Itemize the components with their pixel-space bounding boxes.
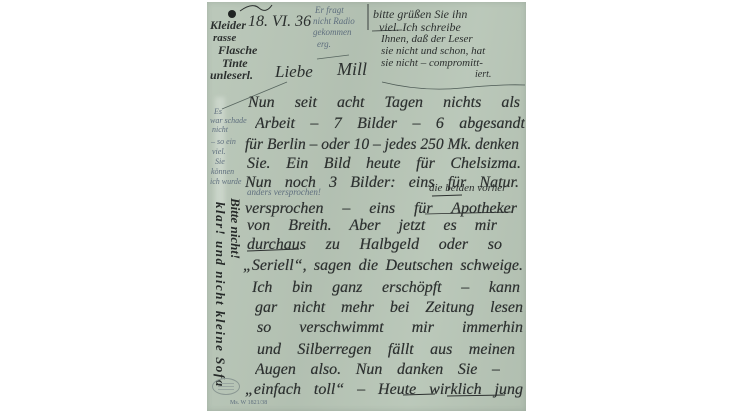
postscript-line: iert.	[475, 70, 491, 80]
body-line: und Silberregen fällt aus meinen	[257, 340, 515, 360]
margin-note-line: – so ein	[211, 138, 236, 146]
body-line: Arbeit – 7 Bilder – 6 abgesandt	[255, 114, 525, 134]
body-line: für Berlin – oder 10 – jedes 250 Mk. den…	[245, 135, 519, 155]
interlinear-note: anders versprochen!	[247, 188, 321, 197]
top-note-line: erg.	[317, 40, 331, 49]
salutation-name: Mill	[337, 60, 367, 78]
postscript-line: viel. Ich schreibe	[379, 21, 461, 33]
margin-vertical-note: klar! und nicht kleine Sofa	[214, 202, 227, 388]
postscript-line: sie nicht – compromitt-	[381, 58, 483, 69]
body-line: Ich bin ganz erschöpft – kann	[252, 278, 520, 298]
top-note-line: Er fragt	[315, 6, 344, 15]
letter-page: Kleider rasse Flasche Tinte unleserl. 18…	[207, 2, 526, 411]
body-line: so verschwimmt mir immerhin	[257, 318, 523, 338]
corner-list-item: Flasche	[218, 44, 257, 56]
body-line: von Breith. Aber jetzt es mir	[247, 216, 497, 236]
margin-note-line: können	[211, 168, 234, 176]
margin-note-line: nicht	[212, 126, 228, 134]
body-line: Nun seit acht Tagen nichts als	[248, 93, 520, 113]
top-note-line: gekommen	[313, 28, 351, 37]
margin-note-line: war schade	[210, 117, 247, 125]
corner-list-item: Kleider	[210, 19, 246, 31]
body-line: „einfach toll“ – Heute wirklich jung	[245, 380, 523, 400]
body-line: durchaus zu Halbgeld oder so	[247, 235, 502, 255]
body-line: „Seriell“, sagen die Deutschen schweige.	[243, 256, 523, 276]
margin-note-line: Sie	[215, 158, 225, 166]
postscript-line: bitte grüßen Sie ihn	[373, 8, 467, 20]
margin-note-line: viel.	[212, 148, 226, 156]
corner-list-item: unleserl.	[210, 69, 253, 81]
archive-stamp	[212, 378, 240, 395]
top-note-line: nicht Radio	[313, 17, 355, 26]
interlinear-note: die beiden vorher	[429, 183, 506, 194]
letter-date: 18. VI. 36	[248, 14, 311, 30]
body-line: Augen also. Nun danken Sie –	[255, 360, 500, 380]
margin-note-line: ich wurde	[210, 178, 241, 186]
archive-number: Ms. W 1821/38	[230, 400, 267, 406]
body-line: gar nicht mehr bei Zeitung lesen	[255, 298, 523, 318]
salutation-first: Liebe	[275, 63, 313, 80]
margin-note-line: Es	[214, 108, 222, 116]
body-line: Sie. Ein Bild heute für Chelsizma.	[247, 154, 521, 174]
ink-blot-icon	[228, 10, 236, 18]
postscript-line: sie nicht und schon, hat	[381, 46, 485, 57]
margin-vertical-note: Bitte nicht!	[229, 198, 242, 259]
postscript-line: Ihnen, daß der Leser	[381, 34, 473, 45]
